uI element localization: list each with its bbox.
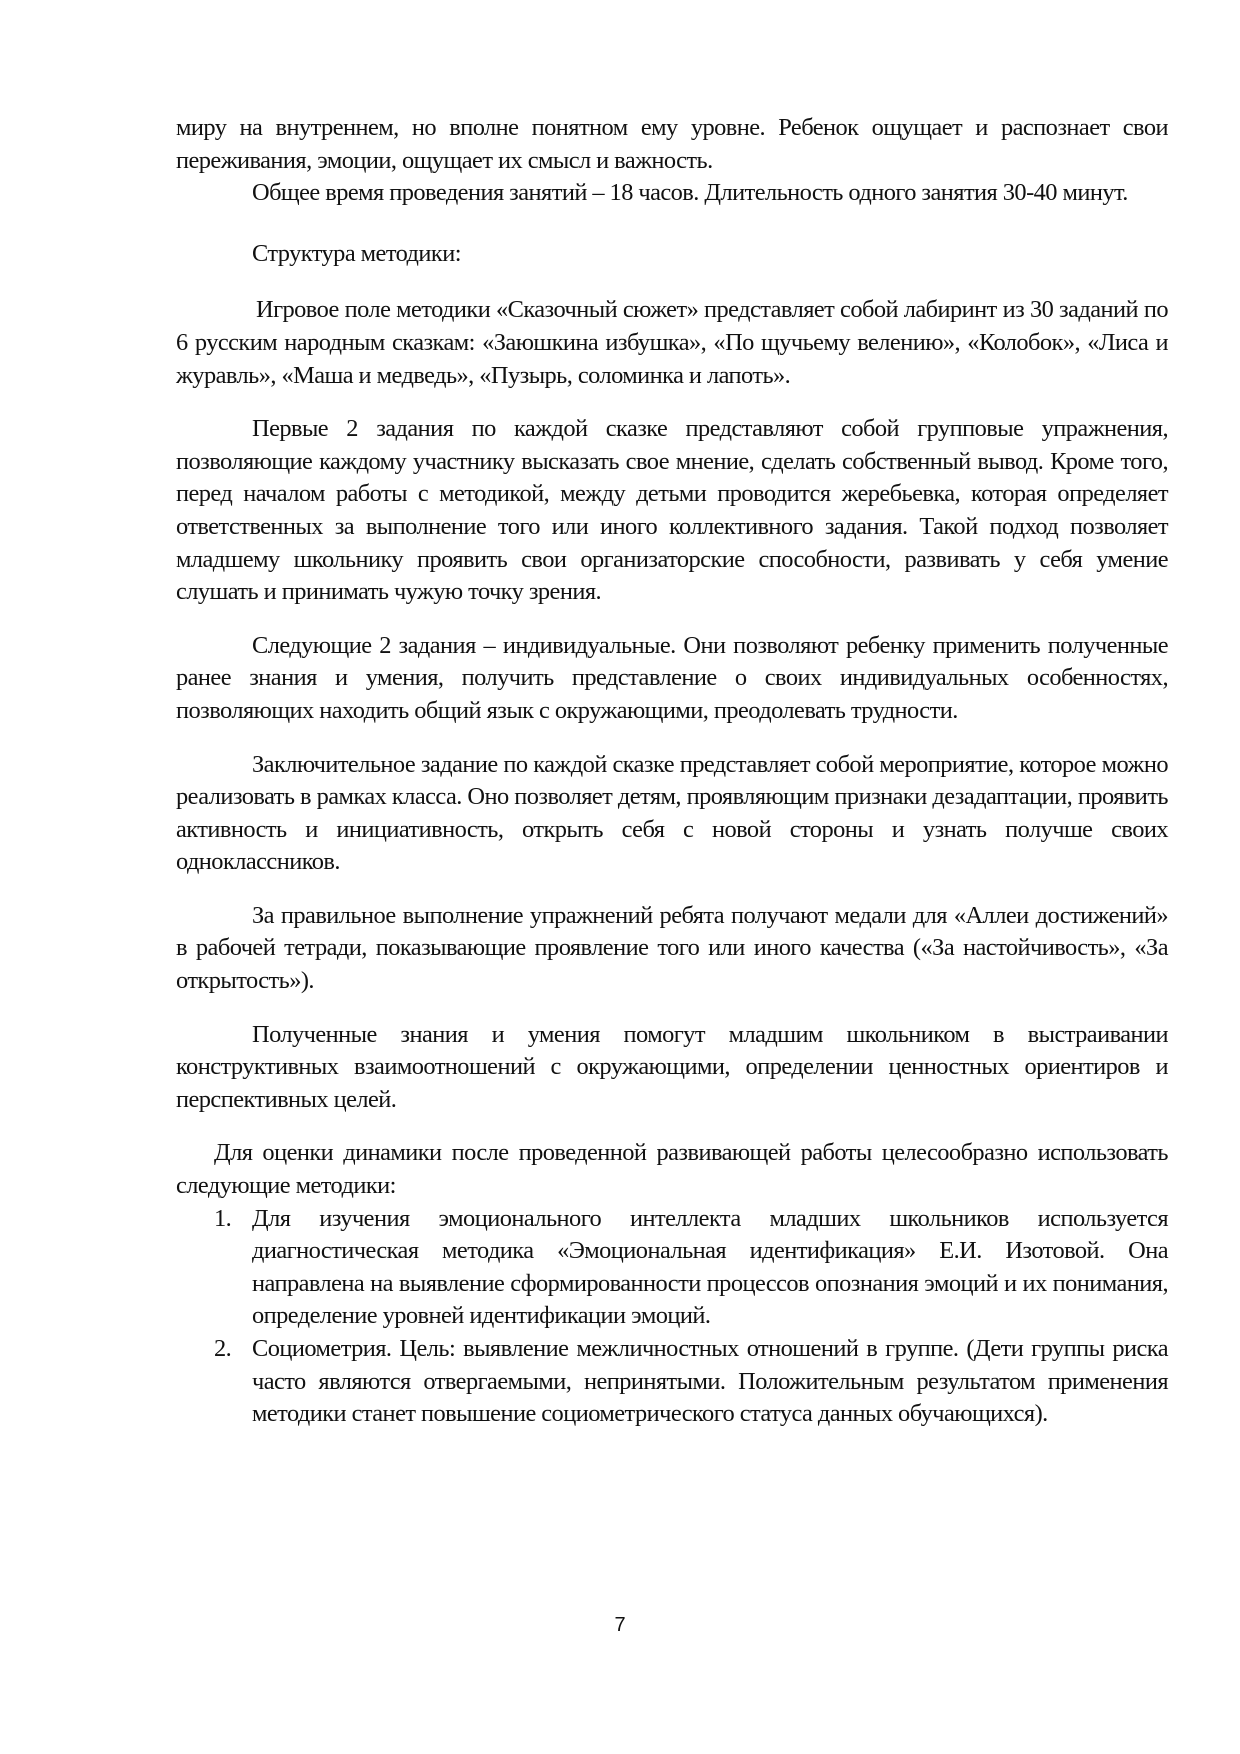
methods-list-item: 1. Для изучения эмоционального интеллект… — [176, 1203, 1168, 1333]
paragraph-game-field: Игровое поле методики «Сказочный сюжет» … — [176, 294, 1168, 392]
paragraph-group-tasks: Первые 2 задания по каждой сказке предст… — [176, 413, 1168, 609]
paragraph-knowledge-skills: Полученные знания и умения помогут младш… — [176, 1019, 1168, 1117]
paragraph-dynamics-assessment: Для оценки динамики после проведенной ра… — [176, 1137, 1168, 1202]
list-item-number: 2. — [214, 1333, 231, 1366]
paragraph-structure-heading: Структура методики: — [176, 238, 1168, 271]
paragraph-total-time: Общее время проведения занятий – 18 часо… — [176, 177, 1168, 210]
paragraph-individual-tasks: Следующие 2 задания – индивидуальные. Он… — [176, 630, 1168, 728]
list-item-text: Для изучения эмоционального интеллекта м… — [252, 1205, 1168, 1330]
page-number: 7 — [0, 1614, 1240, 1637]
paragraph-medals: За правильное выполнение упражнений ребя… — [176, 900, 1168, 998]
list-item-number: 1. — [214, 1203, 231, 1236]
list-item-text: Социометрия. Цель: выявление межличностн… — [252, 1335, 1168, 1427]
document-page: миру на внутреннем, но вполне понятном е… — [176, 112, 1168, 1431]
paragraph-final-task: Заключительное задание по каждой сказке … — [176, 749, 1168, 879]
methods-list: 1. Для изучения эмоционального интеллект… — [176, 1203, 1168, 1431]
paragraph-intro-continuation: миру на внутреннем, но вполне понятном е… — [176, 112, 1168, 177]
methods-list-item: 2. Социометрия. Цель: выявление межлично… — [176, 1333, 1168, 1431]
